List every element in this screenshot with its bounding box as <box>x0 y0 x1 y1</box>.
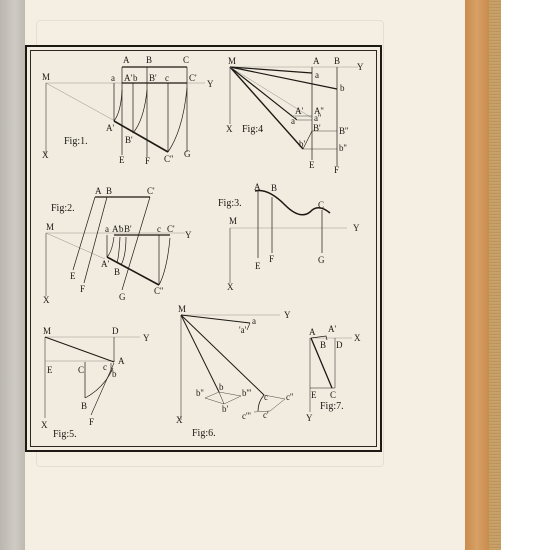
fig7-label-C: C <box>330 390 336 400</box>
fig2-label-c: c <box>157 224 161 234</box>
fig1-label-B1: B' <box>149 73 157 83</box>
fig7-label-E: E <box>311 390 317 400</box>
fig2-label-G: G <box>119 292 126 302</box>
fig6-label-a: a <box>252 316 256 326</box>
fig6-label-b3: b''' <box>242 388 252 398</box>
fig5-label-c: c <box>103 362 107 372</box>
fig5-label-C: C <box>78 365 84 375</box>
fig4-label-A1: A' <box>295 106 303 116</box>
fig1-label-c: c <box>165 73 169 83</box>
fig4-label-b1: b' <box>299 139 306 149</box>
fig6-label-c: c <box>264 392 268 402</box>
fig2-label-B: B <box>106 186 112 196</box>
figure-5 <box>45 337 140 418</box>
fig4-label-a2: a'' <box>314 113 322 123</box>
fig3-label-F: F <box>269 254 274 264</box>
fig4-label-B2: B'' <box>339 126 349 136</box>
fig4-label-X: X <box>226 124 233 134</box>
fig6-label-c3: c''' <box>242 411 251 421</box>
fig5-label-E: E <box>47 365 53 375</box>
fig1-label-C2: C'' <box>164 154 174 164</box>
fig6-label-X: X <box>176 415 183 425</box>
fig6-label-c2: c'' <box>286 392 294 402</box>
fig7-caption: Fig:7. <box>320 401 344 412</box>
fig2-label-M: M <box>46 222 54 232</box>
fig6-label-M: M <box>178 304 186 314</box>
fig2-label-C: C' <box>147 186 155 196</box>
fig5-label-Y: Y <box>143 333 150 343</box>
fig7-label-A1: A' <box>328 324 336 334</box>
fig1-label-A2: A' <box>106 123 114 133</box>
fig2-label-B1: B' <box>124 224 132 234</box>
figure-6 <box>181 315 285 420</box>
fig3-label-C: C <box>318 200 324 210</box>
fig3-label-B: B <box>271 183 277 193</box>
fig1-label-B: B <box>146 55 152 65</box>
fig1-label-A: A <box>123 55 130 65</box>
fig2-label-C1: C' <box>167 224 175 234</box>
fig7-label-D: D <box>336 340 343 350</box>
fig1-label-X: X <box>42 150 49 160</box>
fig5-label-F: F <box>89 417 94 427</box>
fig2-label-F: F <box>80 284 85 294</box>
fig4-label-a: a <box>315 70 319 80</box>
fig2-caption: Fig:2. <box>51 203 75 214</box>
fig6-label-b2: b'' <box>196 388 204 398</box>
fig3-label-X: X <box>227 282 234 292</box>
fig3-caption: Fig:3. <box>218 198 242 209</box>
fig5-label-b: b <box>112 369 117 379</box>
fig7-label-X: X <box>354 333 361 343</box>
fig1-label-G: G <box>184 149 191 159</box>
fig4-label-B: B <box>334 56 340 66</box>
fig1-label-a: a <box>111 73 115 83</box>
fig2-label-C2: C'' <box>154 286 164 296</box>
fig4-label-a1: a' <box>291 116 297 126</box>
fig1-label-M: M <box>42 72 50 82</box>
fig4-label-b: b <box>340 83 345 93</box>
fig1-label-C: C <box>183 55 189 65</box>
fig5-caption: Fig:5. <box>53 429 77 440</box>
fig1-caption: Fig:1. <box>64 136 88 147</box>
fig6-label-Y: Y <box>284 310 291 320</box>
geometry-plate-drawing: M Y X A B C a A' b B' c C' A' B' C'' E F… <box>0 0 550 550</box>
fig5-label-B: B <box>81 401 87 411</box>
fig4-label-b2: b'' <box>339 143 347 153</box>
fig7-label-Y: Y <box>306 413 313 423</box>
fig4-label-F: F <box>334 165 339 175</box>
fig4-label-Y: Y <box>357 62 364 72</box>
fig2-label-a: a <box>105 224 109 234</box>
fig1-label-F: F <box>145 156 150 166</box>
fig5-label-A: A <box>118 356 125 366</box>
fig3-label-M: M <box>229 216 237 226</box>
fig2-label-X: X <box>43 295 50 305</box>
fig2-label-Y: Y <box>185 230 192 240</box>
fig5-label-X: X <box>41 420 48 430</box>
fig3-label-G: G <box>318 255 325 265</box>
fig6-label-c1: c' <box>263 410 269 420</box>
fig3-label-E: E <box>255 261 261 271</box>
fig2-label-A: A <box>95 186 102 196</box>
fig1-label-E: E <box>119 155 125 165</box>
fig5-label-D: D <box>112 326 119 336</box>
fig5-label-M: M <box>43 326 51 336</box>
figure-3 <box>230 191 347 283</box>
fig4-label-E: E <box>309 160 315 170</box>
fig1-label-C1: C' <box>189 73 197 83</box>
fig1-label-A1: A' <box>124 73 132 83</box>
fig3-label-A: A <box>254 182 261 192</box>
fig6-label-a1: 'a' <box>239 325 247 335</box>
fig7-label-A: A <box>309 327 316 337</box>
fig2-label-A2: A' <box>101 259 109 269</box>
fig4-label-A: A <box>313 56 320 66</box>
fig4-caption: Fig:4 <box>242 124 263 135</box>
fig7-label-B: B <box>320 340 326 350</box>
fig4-label-M: M <box>228 56 236 66</box>
fig1-label-b: b <box>133 73 138 83</box>
fig2-label-B2: B <box>114 267 120 277</box>
fig6-caption: Fig:6. <box>192 428 216 439</box>
fig1-label-B2: B' <box>125 135 133 145</box>
fig2-label-E: E <box>70 271 76 281</box>
fig4-label-B1: B' <box>313 123 321 133</box>
fig1-label-Y: Y <box>207 79 214 89</box>
fig3-label-Y: Y <box>353 223 360 233</box>
fig6-label-b: b <box>219 382 224 392</box>
fig6-label-b1: b' <box>222 404 229 414</box>
